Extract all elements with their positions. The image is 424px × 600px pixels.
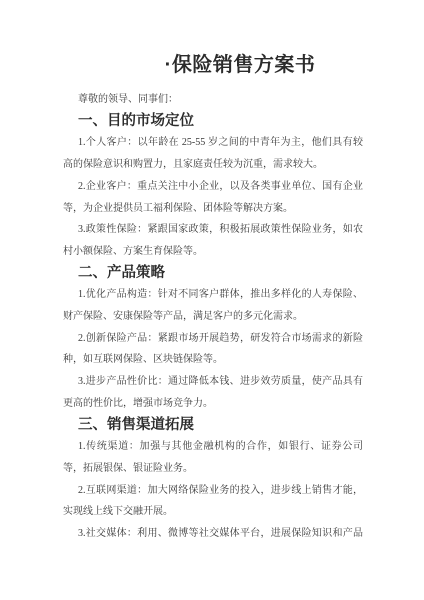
paragraph-line: 3.进步产品性价比：通过降低本钱、进步效劳质量，使产品具有 [63, 371, 363, 393]
section-2-heading: 二、产品策略 [63, 263, 363, 285]
document-page: ·保险销售方案书 尊敬的领导、同事们： 一、目的市场定位 1.个人客户：以年龄在… [0, 0, 424, 600]
paragraph-line: 等，为企业提供员工福利保险、团体险等解决方案。 [63, 198, 363, 220]
paragraph-line: 财产保险、安康保险等产品，满足客户的多元化需求。 [63, 306, 363, 328]
paragraph-line: 3.社交媒体：利用、微博等社交媒体平台，进展保险知识和产品 [63, 523, 363, 545]
paragraph-line: 等，拓展银保、银证险业务。 [63, 458, 363, 480]
paragraph-line: 2.企业客户：重点关注中小企业，以及各类事业单位、国有企业 [63, 176, 363, 198]
paragraph-line: 3.政策性保险：紧跟国家政策，积极拓展政策性保险业务，如农 [63, 219, 363, 241]
greeting-line: 尊敬的领导、同事们： [63, 89, 363, 111]
section-3-heading: 三、销售渠道拓展 [63, 415, 363, 437]
paragraph-line: 种，如互联网保险、区块链保险等。 [63, 349, 363, 371]
section-1-heading: 一、目的市场定位 [63, 111, 363, 133]
paragraph-line: 实现线上线下交融开展。 [63, 501, 363, 523]
paragraph-line: 1.传统渠道：加强与其他金融机构的合作，如银行、证券公司 [63, 436, 363, 458]
paragraph-line: 2.创新保险产品：紧跟市场开展趋势，研发符合市场需求的新险 [63, 328, 363, 350]
paragraph-line: 高的保险意识和购置力，且家庭责任较为沉重，需求较大。 [63, 154, 363, 176]
document-title: ·保险销售方案书 [90, 53, 390, 77]
paragraph-line: 1.优化产品构造：针对不同客户群体，推出多样化的人寿保险、 [63, 284, 363, 306]
paragraph-line: 更高的性价比，增强市场竞争力。 [63, 393, 363, 415]
paragraph-line: 1.个人客户：以年龄在 25-55 岁之间的中青年为主，他们具有较 [63, 132, 363, 154]
paragraph-line: 村小额保险、方案生育保险等。 [63, 241, 363, 263]
paragraph-line: 2.互联网渠道：加大网络保险业务的投入，进步线上销售才能， [63, 480, 363, 502]
